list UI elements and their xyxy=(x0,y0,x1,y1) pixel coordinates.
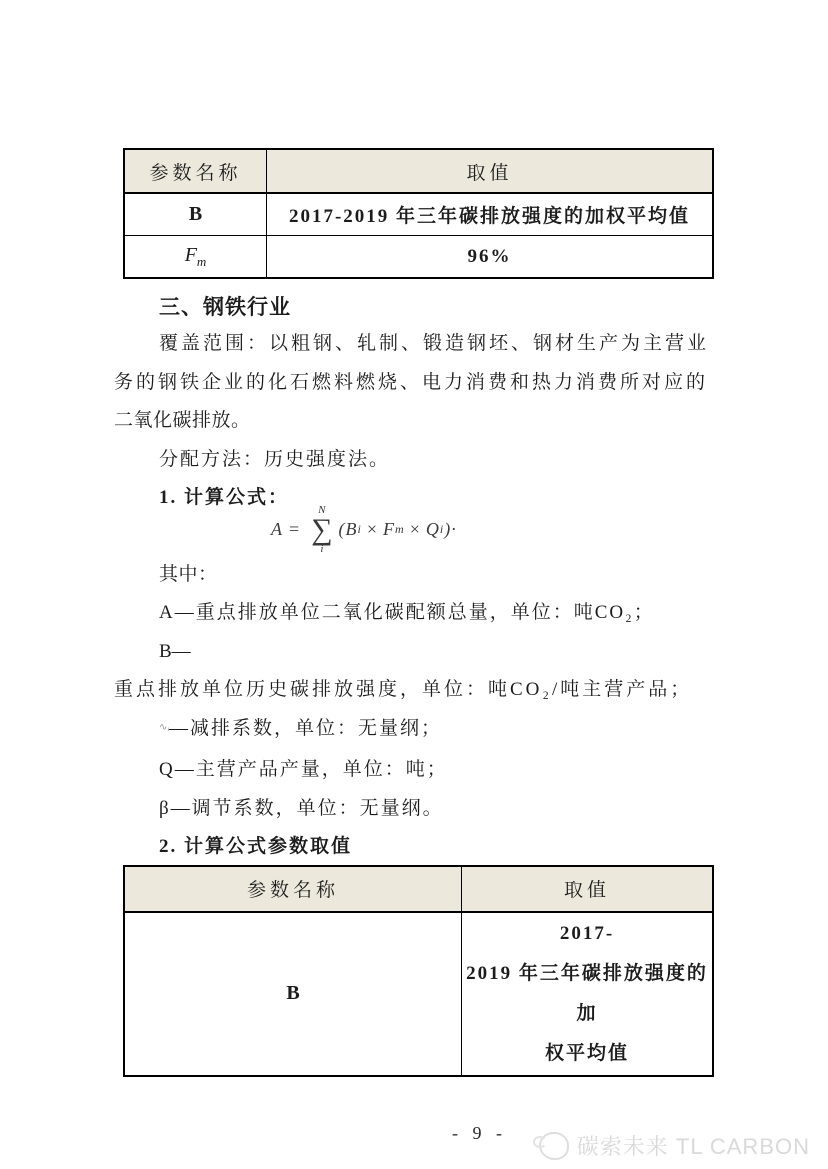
definition-a: A—重点排放单位二氧化碳配额总量，单位：吨CO₂； xyxy=(159,594,715,633)
formula-lhs: A xyxy=(271,519,283,540)
header-cell-param-name: 参数名称 xyxy=(124,149,267,193)
watermark-text: 碳索未来 TL CARBON xyxy=(577,1130,810,1161)
formula-times-1: × xyxy=(367,519,378,540)
section-heading: 三、钢铁行业 xyxy=(159,291,715,325)
formula-q: Q xyxy=(426,519,440,540)
table-header-row: 参数名称 取值 xyxy=(124,149,713,193)
value-line-2: 2019 年三年碳排放强度的加 xyxy=(463,954,711,1034)
formula-times-2: × xyxy=(410,519,421,540)
cell-param-b: B xyxy=(124,193,267,236)
table-row: B 2017-2019 年三年碳排放强度的加权平均值 xyxy=(124,193,713,236)
fm-main: F xyxy=(185,244,197,266)
coverage-line-1: 覆盖范围：以粗钢、轧制、锻造钢坯、钢材生产为主营业 xyxy=(159,325,715,364)
reduction-factor-glyph: ∿ᵢ xyxy=(159,709,169,748)
definition-beta: β—调节系数，单位：无量纲。 xyxy=(159,790,715,829)
formula-term-open: (B xyxy=(339,519,358,540)
header-cell-param-name: 参数名称 xyxy=(124,866,462,912)
formula-close: )· xyxy=(444,519,457,540)
formula-sub-b: i xyxy=(358,522,362,537)
allocation-formula: A = N ∑ i (Bi × Fm × Qi )· xyxy=(271,504,715,556)
value-line-1: 2017- xyxy=(463,914,711,954)
watermark: 碳索未来 TL CARBON xyxy=(539,1130,810,1161)
table-row: B 2017- 2019 年三年碳排放强度的加 权平均值 xyxy=(124,912,713,1076)
method-line: 分配方法：历史强度法。 xyxy=(159,441,715,480)
formula-sub-f: m xyxy=(395,522,405,537)
sigma-symbol: N ∑ i xyxy=(311,505,333,555)
formula-equals: = xyxy=(289,519,300,540)
table-row: Fm 96% xyxy=(124,236,713,279)
tl-carbon-logo-icon xyxy=(539,1132,569,1160)
definition-b: B— xyxy=(159,633,715,672)
parameter-table-top: 参数名称 取值 B 2017-2019 年三年碳排放强度的加权平均值 Fm 96… xyxy=(123,148,714,279)
cell-value-b: 2017-2019 年三年碳排放强度的加权平均值 xyxy=(267,193,714,236)
cell-param-fm: Fm xyxy=(124,236,267,279)
header-cell-value: 取值 xyxy=(462,866,714,912)
definition-q: Q—主营产品产量，单位：吨； xyxy=(159,751,715,790)
formula-f: F xyxy=(383,519,395,540)
definition-f: ∿ᵢ—减排系数，单位：无量纲； xyxy=(159,710,715,752)
sigma-glyph: ∑ xyxy=(311,516,333,544)
coverage-line-3: 二氧化碳排放。 xyxy=(114,402,715,441)
fm-symbol: Fm xyxy=(185,244,207,266)
table-header-row: 参数名称 取值 xyxy=(124,866,713,912)
document-content: 参数名称 取值 B 2017-2019 年三年碳排放强度的加权平均值 Fm 96… xyxy=(0,0,828,1144)
sigma-lower-limit: i xyxy=(320,544,324,555)
value-line-3: 权平均值 xyxy=(463,1034,711,1074)
document-page: 参数名称 取值 B 2017-2019 年三年碳排放强度的加权平均值 Fm 96… xyxy=(0,0,828,1169)
cell-value-fm: 96% xyxy=(267,236,714,279)
parameter-table-bottom: 参数名称 取值 B 2017- 2019 年三年碳排放强度的加 权平均值 xyxy=(123,865,714,1077)
definition-f-text: —减排系数，单位：无量纲； xyxy=(169,718,442,739)
among-label: 其中： xyxy=(159,556,715,595)
header-cell-value: 取值 xyxy=(267,149,714,193)
definition-b-continued: 重点排放单位历史碳排放强度，单位：吨CO₂/吨主营产品； xyxy=(114,671,715,710)
parameters-heading: 2. 计算公式参数取值 xyxy=(159,828,715,867)
cell-value-b: 2017- 2019 年三年碳排放强度的加 权平均值 xyxy=(462,912,714,1076)
coverage-line-2: 务的钢铁企业的化石燃料燃烧、电力消费和热力消费所对应的 xyxy=(114,364,715,403)
fm-subscript: m xyxy=(197,254,206,269)
cell-param-b: B xyxy=(124,912,462,1076)
